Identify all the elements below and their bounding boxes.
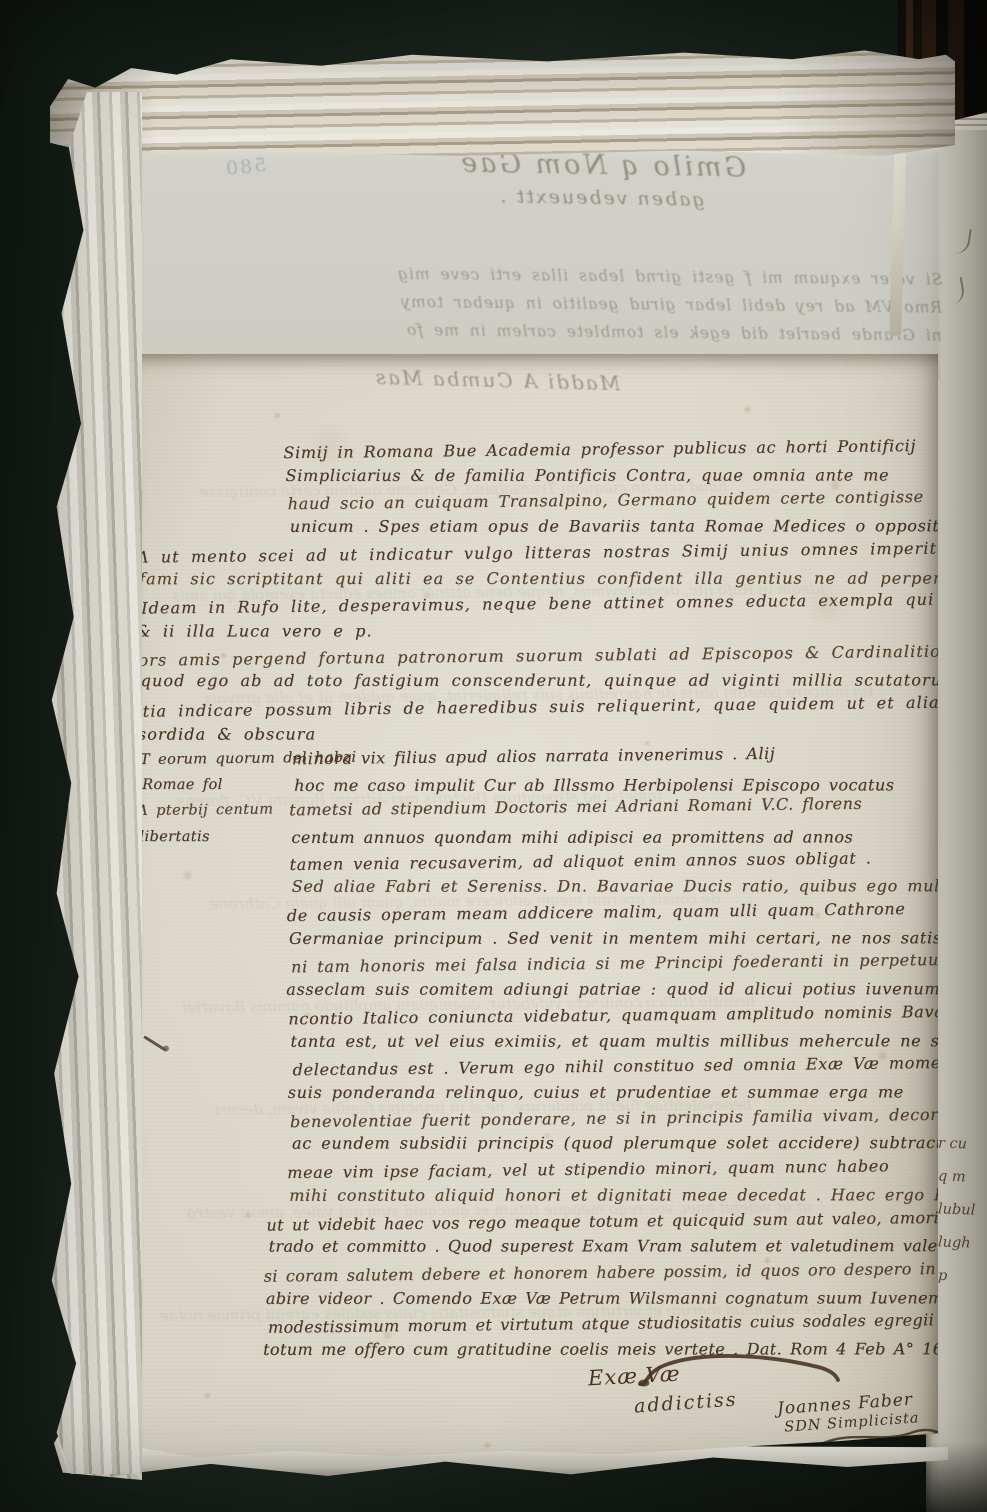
page-stack-top-edge (50, 46, 955, 156)
facing-page-fragment: q m (938, 1169, 966, 1186)
showthrough-header: Maddi A Cumba Mas (352, 364, 643, 396)
margin-note: libertatis (139, 829, 209, 845)
showthrough-title-line: gaben vebeuextt . (382, 183, 822, 213)
archival-manuscript-photo: r cuq mlubullughp 580 Gmilo q Nom Gaegab… (0, 0, 987, 1512)
facing-page-fragment: r cu (938, 1135, 968, 1152)
underlying-leaf: 580 Gmilo q Nom Gaegaben vebeuextt . Si … (92, 146, 940, 378)
line-text: minora vix filius apud alios narrata inv… (292, 743, 775, 767)
showthrough-body-line: ni Grande bearlet did egek els tomblete … (242, 314, 942, 349)
manuscript-lines: Simij in Romana Bue Academia professor p… (123, 438, 940, 1464)
page-stack-left-edge (20, 92, 142, 1474)
facing-page-fragment: lugh (938, 1234, 971, 1251)
showthrough-paragraph: Si veler exquam mi f gesti girnd lebas i… (242, 258, 943, 349)
pen-flourish-icon (632, 1354, 842, 1392)
manuscript-page: Maddi A Cumba Mas Simij in Romana Bue Ac… (126, 354, 938, 1462)
facing-page-fragment: p (938, 1268, 948, 1284)
manuscript-line: Simij in Romana Bue Academia professor p… (283, 436, 916, 469)
showthrough-title: Gmilo q Nom Gaegaben vebeuextt . (382, 146, 823, 213)
closing-subscription: addictiss (633, 1388, 738, 1417)
facing-page-fragment: lubul (938, 1201, 976, 1218)
line-text: centum annuos quondam mihi adipisci ea p… (291, 827, 853, 846)
manuscript-line: & ii illa Luca vero e p. (136, 621, 372, 647)
manuscript-line: sordida & obscura (138, 724, 316, 750)
folio-number: 580 (223, 154, 267, 180)
